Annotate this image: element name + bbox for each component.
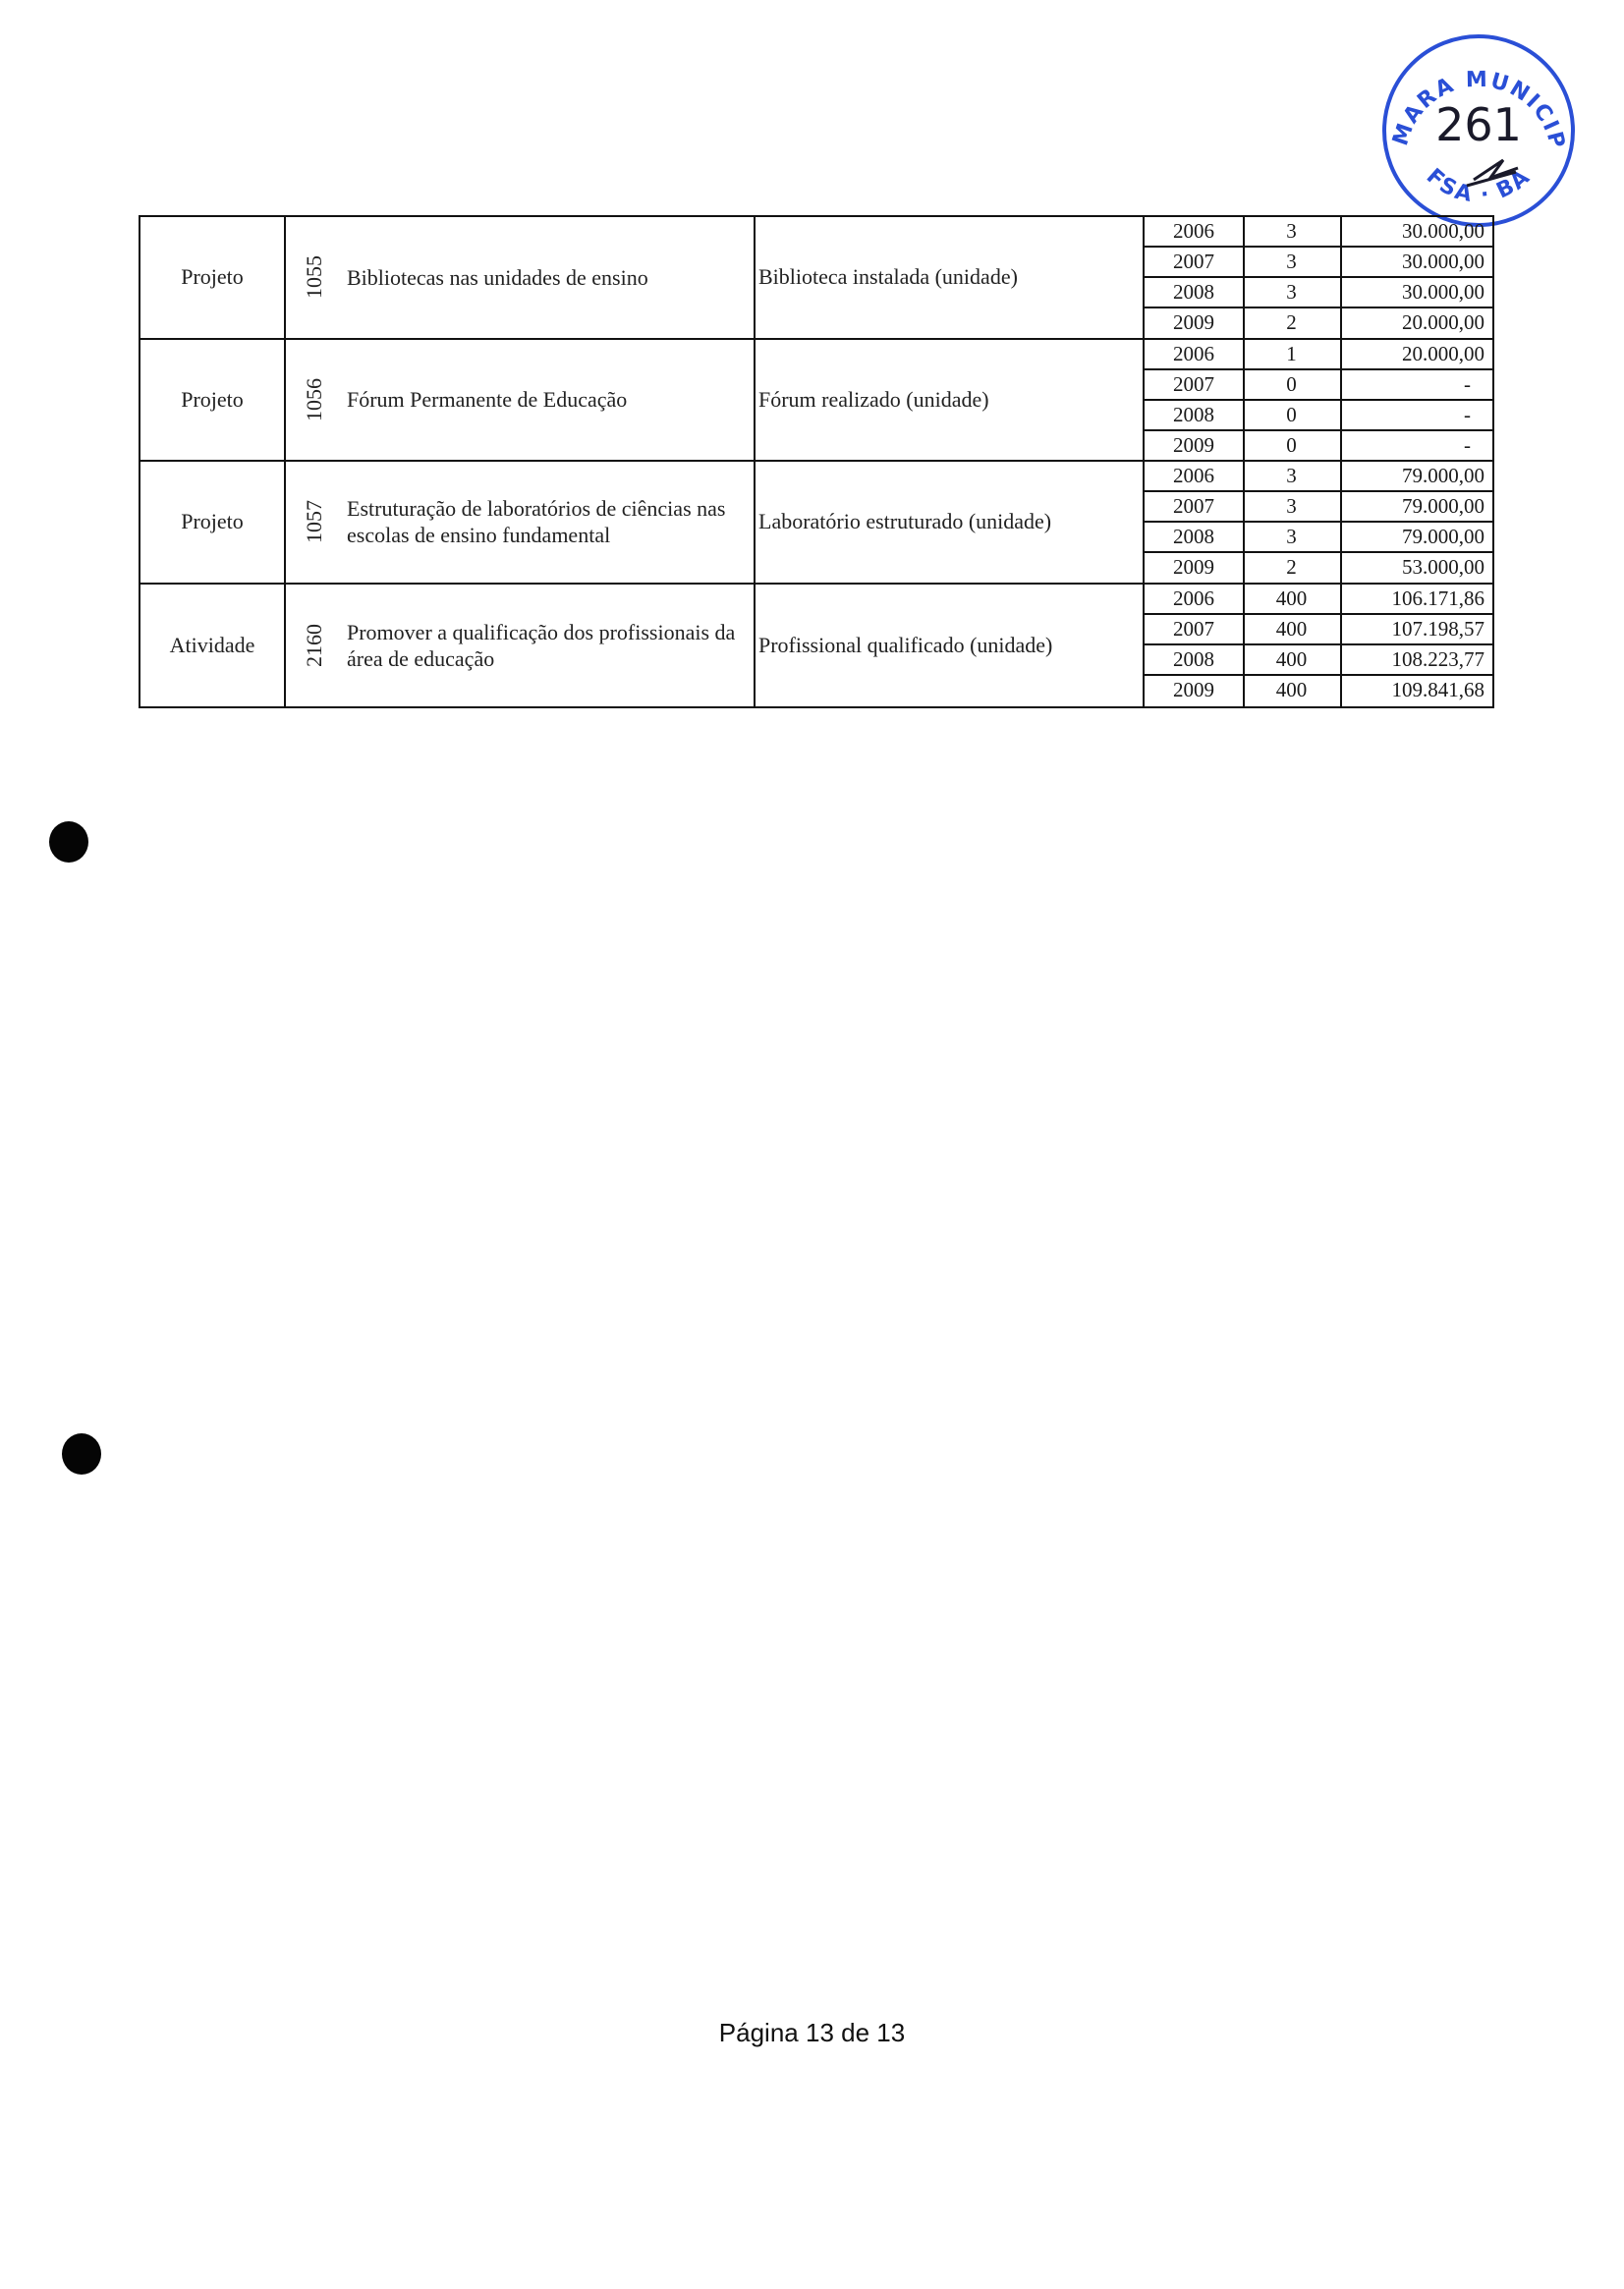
action-description: Fórum Permanente de Educação xyxy=(347,340,754,461)
quantity-cell: 3 xyxy=(1243,217,1342,246)
stamp-seal-icon: CÂMARA MUNICIPAL FSA · BA 261 xyxy=(1380,32,1577,229)
value-cell: - xyxy=(1340,431,1492,462)
year-row: 2007379.000,00 xyxy=(1145,492,1492,523)
document-page: CÂMARA MUNICIPAL FSA · BA 261 Projeto105… xyxy=(0,0,1624,2289)
action-description: Estruturação de laboratórios de ciências… xyxy=(347,462,754,583)
quantity-cell: 3 xyxy=(1243,278,1342,307)
year-row: 20090- xyxy=(1145,431,1492,462)
year-cell: 2008 xyxy=(1145,278,1245,307)
action-code-cell: 2160 xyxy=(300,585,329,707)
value-cell: 30.000,00 xyxy=(1340,217,1492,246)
action-type: Projeto xyxy=(140,340,286,461)
year-row: 2009400109.841,68 xyxy=(1145,676,1492,706)
quantity-cell: 3 xyxy=(1243,492,1342,521)
quantity-cell: 1 xyxy=(1243,340,1342,368)
year-row: 2008400108.223,77 xyxy=(1145,645,1492,676)
year-row: 2008379.000,00 xyxy=(1145,523,1492,553)
punch-hole-icon xyxy=(49,821,88,863)
action-code-cell: 1057 xyxy=(300,462,329,583)
year-cell: 2007 xyxy=(1145,248,1245,276)
year-cell: 2009 xyxy=(1145,308,1245,339)
value-cell: 106.171,86 xyxy=(1340,585,1492,613)
action-type: Projeto xyxy=(140,217,286,338)
year-row: 2008330.000,00 xyxy=(1145,278,1492,308)
action-code: 2160 xyxy=(302,624,327,667)
value-cell: 30.000,00 xyxy=(1340,278,1492,307)
action-code: 1057 xyxy=(302,500,327,543)
value-cell: 79.000,00 xyxy=(1340,492,1492,521)
year-cell: 2009 xyxy=(1145,553,1245,584)
quantity-cell: 400 xyxy=(1243,645,1342,674)
yearly-targets: 2006330.000,002007330.000,002008330.000,… xyxy=(1143,217,1492,338)
year-cell: 2007 xyxy=(1145,370,1245,399)
action-type: Projeto xyxy=(140,462,286,583)
quantity-cell: 2 xyxy=(1243,308,1342,339)
quantity-cell: 3 xyxy=(1243,248,1342,276)
action-description-text: Fórum Permanente de Educação xyxy=(347,386,627,413)
year-row: 20080- xyxy=(1145,401,1492,431)
value-cell: 20.000,00 xyxy=(1340,308,1492,339)
product-indicator: Biblioteca instalada (unidade) xyxy=(754,217,1143,338)
year-cell: 2009 xyxy=(1145,431,1245,462)
year-row: 2007400107.198,57 xyxy=(1145,615,1492,645)
value-cell: 108.223,77 xyxy=(1340,645,1492,674)
year-row: 2006120.000,00 xyxy=(1145,340,1492,370)
year-row: 2006330.000,00 xyxy=(1145,217,1492,248)
quantity-cell: 400 xyxy=(1243,676,1342,706)
budget-programs-table: Projeto1055Bibliotecas nas unidades de e… xyxy=(139,215,1494,708)
quantity-cell: 0 xyxy=(1243,401,1342,429)
year-cell: 2008 xyxy=(1145,645,1245,674)
action-code-cell: 1055 xyxy=(300,217,329,338)
quantity-cell: 0 xyxy=(1243,431,1342,462)
page-number: Página 13 de 13 xyxy=(0,2018,1624,2048)
product-indicator: Profissional qualificado (unidade) xyxy=(754,585,1143,707)
year-cell: 2009 xyxy=(1145,676,1245,706)
yearly-targets: 2006400106.171,862007400107.198,57200840… xyxy=(1143,585,1492,707)
quantity-cell: 0 xyxy=(1243,370,1342,399)
stamp-bottom-text: FSA · BA xyxy=(1422,164,1536,207)
quantity-cell: 2 xyxy=(1243,553,1342,584)
value-cell: 53.000,00 xyxy=(1340,553,1492,584)
product-indicator: Fórum realizado (unidade) xyxy=(754,340,1143,461)
action-code-cell: 1056 xyxy=(300,340,329,461)
action-code: 1056 xyxy=(302,378,327,421)
action-description: Promover a qualificação dos profissionai… xyxy=(347,585,754,707)
action-description-text: Estruturação de laboratórios de ciências… xyxy=(347,495,754,548)
year-cell: 2008 xyxy=(1145,401,1245,429)
action-description-text: Bibliotecas nas unidades de ensino xyxy=(347,264,648,291)
value-cell: 30.000,00 xyxy=(1340,248,1492,276)
value-cell: 79.000,00 xyxy=(1340,523,1492,551)
value-cell: 20.000,00 xyxy=(1340,340,1492,368)
year-cell: 2007 xyxy=(1145,615,1245,643)
table-row: Projeto1056Fórum Permanente de EducaçãoF… xyxy=(140,340,1492,463)
value-cell: - xyxy=(1340,370,1492,399)
action-type: Atividade xyxy=(140,585,286,707)
year-cell: 2006 xyxy=(1145,585,1245,613)
year-row: 20070- xyxy=(1145,370,1492,401)
year-row: 2009253.000,00 xyxy=(1145,553,1492,584)
municipal-stamp: CÂMARA MUNICIPAL FSA · BA 261 xyxy=(1380,32,1577,229)
year-row: 2006379.000,00 xyxy=(1145,462,1492,492)
year-cell: 2006 xyxy=(1145,217,1245,246)
action-code: 1055 xyxy=(302,255,327,299)
action-description-text: Promover a qualificação dos profissionai… xyxy=(347,619,754,672)
table-row: Projeto1055Bibliotecas nas unidades de e… xyxy=(140,217,1492,340)
value-cell: 109.841,68 xyxy=(1340,676,1492,706)
year-cell: 2006 xyxy=(1145,462,1245,490)
quantity-cell: 400 xyxy=(1243,585,1342,613)
year-cell: 2007 xyxy=(1145,492,1245,521)
quantity-cell: 3 xyxy=(1243,523,1342,551)
year-row: 2007330.000,00 xyxy=(1145,248,1492,278)
year-cell: 2006 xyxy=(1145,340,1245,368)
value-cell: 79.000,00 xyxy=(1340,462,1492,490)
yearly-targets: 2006379.000,002007379.000,002008379.000,… xyxy=(1143,462,1492,583)
year-cell: 2008 xyxy=(1145,523,1245,551)
year-row: 2009220.000,00 xyxy=(1145,308,1492,339)
stamp-sheet-number: 261 xyxy=(1435,98,1522,151)
table-row: Projeto1057Estruturação de laboratórios … xyxy=(140,462,1492,585)
action-description: Bibliotecas nas unidades de ensino xyxy=(347,217,754,338)
punch-hole-icon xyxy=(62,1433,101,1475)
product-indicator: Laboratório estruturado (unidade) xyxy=(754,462,1143,583)
quantity-cell: 3 xyxy=(1243,462,1342,490)
yearly-targets: 2006120.000,0020070-20080-20090- xyxy=(1143,340,1492,461)
value-cell: 107.198,57 xyxy=(1340,615,1492,643)
quantity-cell: 400 xyxy=(1243,615,1342,643)
table-row: Atividade2160Promover a qualificação dos… xyxy=(140,585,1492,707)
value-cell: - xyxy=(1340,401,1492,429)
year-row: 2006400106.171,86 xyxy=(1145,585,1492,615)
